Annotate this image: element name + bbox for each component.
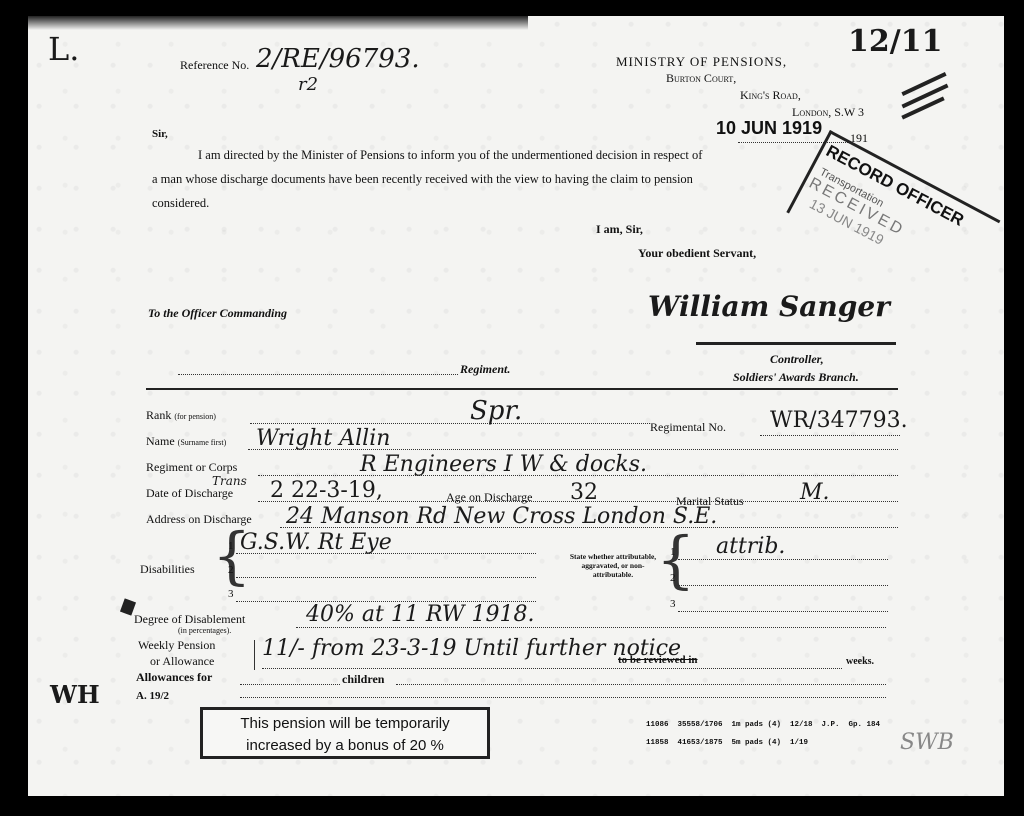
scan-shadow <box>28 16 528 30</box>
disability-num: 2 <box>228 564 234 576</box>
initials-pencil: SWB <box>900 730 954 755</box>
weeks-label: weeks. <box>846 656 874 667</box>
reviewed-text: to be reviewed in <box>618 654 698 666</box>
printer-code: 11086 35558/1706 1m pads (4) 12/18 J.P. … <box>646 712 880 757</box>
discharge-note: Trans <box>212 474 247 488</box>
form-divider <box>146 388 898 390</box>
rank-label: Rank (for pension) <box>146 408 216 423</box>
signature: William Sanger <box>648 290 890 323</box>
disability-1-value: G.S.W. Rt Eye <box>240 530 392 555</box>
attrib-num: 1 <box>670 546 676 558</box>
degree-line <box>296 627 886 628</box>
initials-stamp: WH <box>50 680 100 709</box>
printer-line-1: 11086 35558/1706 1m pads (4) 12/18 J.P. … <box>646 721 880 730</box>
branch-title: Soldiers' Awards Branch. <box>733 370 859 385</box>
to-officer-line: To the Officer Commanding <box>148 306 287 321</box>
brace-line <box>254 640 255 670</box>
discharge-value: 2 22-3-19, <box>270 478 383 503</box>
attrib-line <box>678 611 888 612</box>
rank-line <box>250 423 650 424</box>
blank-line <box>240 697 886 698</box>
degree-value: 40% at 11 RW 1918. <box>306 602 535 627</box>
reference-sub: r2 <box>298 74 318 95</box>
disability-num: 1 <box>228 540 234 552</box>
attrib-line <box>678 559 888 560</box>
controller-title: Controller, <box>770 352 824 367</box>
bonus-line-2: increased by a bonus of 20 % <box>203 735 487 757</box>
attributable-1-value: attrib. <box>716 534 785 559</box>
body-line-1: I am directed by the Minister of Pension… <box>198 148 702 163</box>
address-line-2: King's Road, <box>740 88 801 103</box>
bonus-stamp-box: This pension will be temporarily increas… <box>200 707 490 759</box>
regno-line <box>760 435 900 436</box>
regiment-corps-label: Regiment or Corps <box>146 460 237 475</box>
regiment-line <box>178 374 458 375</box>
reference-label: Reference No. <box>180 58 249 73</box>
allowances-label: Allowances for <box>136 670 212 685</box>
disabilities-label: Disabilities <box>140 562 195 577</box>
attrib-line <box>678 585 888 586</box>
attrib-num: 2 <box>670 572 676 584</box>
degree-label: Degree of Disablement <box>134 612 245 627</box>
weekly-line <box>262 668 842 669</box>
weekly-label-1: Weekly Pension <box>138 638 215 653</box>
name-label: Name (Surname first) <box>146 434 226 449</box>
children-label: children <box>342 672 384 687</box>
regiment-corps-value: R Engineers I W & docks. <box>360 452 647 477</box>
date-stamp: 10 JUN 1919 <box>716 118 822 139</box>
attributable-note: State whether attributable, aggravated, … <box>566 552 660 579</box>
discharge-label: Date of Discharge <box>146 486 233 501</box>
attrib-num: 3 <box>670 598 676 610</box>
disability-line <box>236 577 536 578</box>
regiment-label: Regiment. <box>460 362 510 377</box>
body-line-3: considered. <box>152 196 209 211</box>
degree-note: (in percentages). <box>178 626 231 635</box>
weekly-label-2: or Allowance <box>150 654 214 669</box>
age-value: 32 <box>570 480 598 505</box>
closing-2: Your obedient Servant, <box>638 246 756 261</box>
salutation: Sir, <box>152 128 168 140</box>
bonus-line-1: This pension will be temporarily <box>203 713 487 735</box>
address-line-1: Burton Court, <box>666 71 736 86</box>
name-value: Wright Allin <box>256 426 390 451</box>
address-value: 24 Manson Rd New Cross London S.E. <box>286 504 717 529</box>
age-label: Age on Discharge <box>446 490 532 505</box>
disability-num: 3 <box>228 588 234 600</box>
marital-value: M. <box>800 480 830 505</box>
reference-value: 2/RE/96793. <box>256 44 420 74</box>
children-line <box>396 684 886 685</box>
form-code: A. 19/2 <box>136 690 169 702</box>
closing-1: I am, Sir, <box>596 222 643 237</box>
regno-label: Regimental No. <box>650 420 726 435</box>
printer-line-2: 11858 41653/1875 5m pads (4) 1/19 <box>646 739 880 748</box>
body-line-2: a man whose discharge documents have bee… <box>152 172 693 187</box>
allowances-line <box>240 684 340 685</box>
signature-underline <box>696 342 896 345</box>
regno-value: WR/347793. <box>770 408 908 433</box>
rank-value: Spr. <box>470 396 522 426</box>
margin-mark-top-right: 12/11 <box>848 24 942 59</box>
ministry-name: MINISTRY OF PENSIONS, <box>616 54 787 70</box>
margin-mark-top-left: L. <box>48 30 79 68</box>
brace: { <box>656 540 695 580</box>
